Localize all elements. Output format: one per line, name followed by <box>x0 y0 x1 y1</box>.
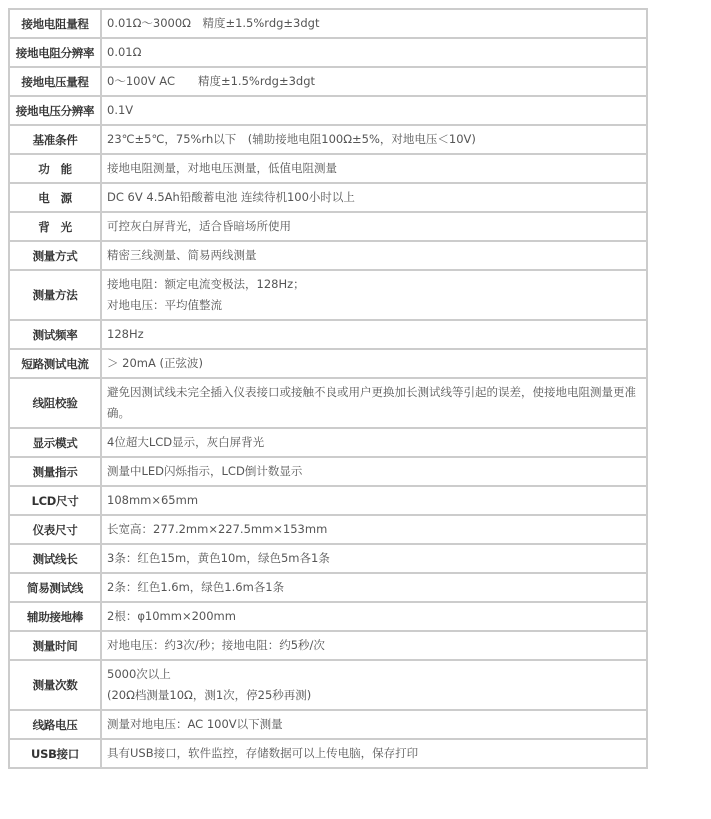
table-row: 短路测试电流 ＞ 20mA (正弦波) <box>9 349 647 378</box>
table-row: 线阻校验 避免因测试线未完全插入仪表接口或接触不良或用户更换加长测试线等引起的误… <box>9 378 647 428</box>
table-row: 接地电阻量程 0.01Ω～3000Ω 精度±1.5%rdg±3dgt <box>9 9 647 38</box>
table-row: 简易测试线 2条：红色1.6m，绿色1.6m各1条 <box>9 573 647 602</box>
row-label: 测量方式 <box>9 241 101 270</box>
row-label: LCD尺寸 <box>9 486 101 515</box>
table-row: LCD尺寸 108mm×65mm <box>9 486 647 515</box>
row-label: 接地电压分辨率 <box>9 96 101 125</box>
table-row: 测量时间 对地电压：约3次/秒；接地电阻：约5秒/次 <box>9 631 647 660</box>
row-label: 测量时间 <box>9 631 101 660</box>
table-row: 接地电压分辨率 0.1V <box>9 96 647 125</box>
row-value: 0.1V <box>101 96 647 125</box>
table-row: 辅助接地棒 2根：φ10mm×200mm <box>9 602 647 631</box>
table-row: 背 光 可控灰白屏背光，适合昏暗场所使用 <box>9 212 647 241</box>
value-line: 接地电阻：额定电流变极法，128Hz； <box>107 274 641 295</box>
row-value: 长宽高：277.2mm×227.5mm×153mm <box>101 515 647 544</box>
table-row: 测量次数 5000次以上 (20Ω档测量10Ω，测1次，停25秒再测) <box>9 660 647 710</box>
row-label: 接地电阻分辨率 <box>9 38 101 67</box>
table-row: 接地电阻分辨率 0.01Ω <box>9 38 647 67</box>
row-value: 2根：φ10mm×200mm <box>101 602 647 631</box>
row-value: 可控灰白屏背光，适合昏暗场所使用 <box>101 212 647 241</box>
row-value: 0～100V AC 精度±1.5%rdg±3dgt <box>101 67 647 96</box>
row-label: 线阻校验 <box>9 378 101 428</box>
row-label: 测量次数 <box>9 660 101 710</box>
row-value: 测量对地电压：AC 100V以下测量 <box>101 710 647 739</box>
row-label: USB接口 <box>9 739 101 768</box>
row-value: 对地电压：约3次/秒；接地电阻：约5秒/次 <box>101 631 647 660</box>
table-row: 电 源 DC 6V 4.5Ah铅酸蓄电池 连续待机100小时以上 <box>9 183 647 212</box>
row-value: 避免因测试线未完全插入仪表接口或接触不良或用户更换加长测试线等引起的误差，使接地… <box>101 378 647 428</box>
row-value: 接地电阻：额定电流变极法，128Hz； 对地电压：平均值整流 <box>101 270 647 320</box>
table-row: 测量指示 测量中LED闪烁指示，LCD倒计数显示 <box>9 457 647 486</box>
value-line: (20Ω档测量10Ω，测1次，停25秒再测) <box>107 685 641 706</box>
table-row: 基准条件 23℃±5℃，75%rh以下 (辅助接地电阻100Ω±5%，对地电压＜… <box>9 125 647 154</box>
row-label: 测量指示 <box>9 457 101 486</box>
row-label: 测试线长 <box>9 544 101 573</box>
row-value: 0.01Ω <box>101 38 647 67</box>
row-label: 测试频率 <box>9 320 101 349</box>
row-label: 短路测试电流 <box>9 349 101 378</box>
table-row: 仪表尺寸 长宽高：277.2mm×227.5mm×153mm <box>9 515 647 544</box>
row-value: 5000次以上 (20Ω档测量10Ω，测1次，停25秒再测) <box>101 660 647 710</box>
row-label: 线路电压 <box>9 710 101 739</box>
row-label: 显示模式 <box>9 428 101 457</box>
table-row: 线路电压 测量对地电压：AC 100V以下测量 <box>9 710 647 739</box>
row-value: 2条：红色1.6m，绿色1.6m各1条 <box>101 573 647 602</box>
row-value: 0.01Ω～3000Ω 精度±1.5%rdg±3dgt <box>101 9 647 38</box>
row-value: 测量中LED闪烁指示，LCD倒计数显示 <box>101 457 647 486</box>
table-row: 显示模式 4位超大LCD显示，灰白屏背光 <box>9 428 647 457</box>
table-row: 测量方式 精密三线测量、简易两线测量 <box>9 241 647 270</box>
row-value: 具有USB接口，软件监控，存储数据可以上传电脑，保存打印 <box>101 739 647 768</box>
row-value: 4位超大LCD显示，灰白屏背光 <box>101 428 647 457</box>
row-value: 128Hz <box>101 320 647 349</box>
row-value: 接地电阻测量，对地电压测量，低值电阻测量 <box>101 154 647 183</box>
row-value: 精密三线测量、简易两线测量 <box>101 241 647 270</box>
row-label: 仪表尺寸 <box>9 515 101 544</box>
value-line: 对地电压：平均值整流 <box>107 295 641 316</box>
row-value: DC 6V 4.5Ah铅酸蓄电池 连续待机100小时以上 <box>101 183 647 212</box>
row-value: ＞ 20mA (正弦波) <box>101 349 647 378</box>
row-label: 简易测试线 <box>9 573 101 602</box>
table-row: 测量方法 接地电阻：额定电流变极法，128Hz； 对地电压：平均值整流 <box>9 270 647 320</box>
row-label: 背 光 <box>9 212 101 241</box>
row-value: 3条：红色15m，黄色10m，绿色5m各1条 <box>101 544 647 573</box>
table-row: 接地电压量程 0～100V AC 精度±1.5%rdg±3dgt <box>9 67 647 96</box>
row-value: 23℃±5℃，75%rh以下 (辅助接地电阻100Ω±5%，对地电压＜10V) <box>101 125 647 154</box>
row-label: 接地电压量程 <box>9 67 101 96</box>
spec-table: 接地电阻量程 0.01Ω～3000Ω 精度±1.5%rdg±3dgt 接地电阻分… <box>8 8 648 769</box>
row-label: 测量方法 <box>9 270 101 320</box>
table-row: 功 能 接地电阻测量，对地电压测量，低值电阻测量 <box>9 154 647 183</box>
value-line: 5000次以上 <box>107 664 641 685</box>
row-label: 辅助接地棒 <box>9 602 101 631</box>
table-row: 测试频率 128Hz <box>9 320 647 349</box>
row-label: 接地电阻量程 <box>9 9 101 38</box>
row-value: 108mm×65mm <box>101 486 647 515</box>
table-row: 测试线长 3条：红色15m，黄色10m，绿色5m各1条 <box>9 544 647 573</box>
row-label: 电 源 <box>9 183 101 212</box>
table-row: USB接口 具有USB接口，软件监控，存储数据可以上传电脑，保存打印 <box>9 739 647 768</box>
row-label: 基准条件 <box>9 125 101 154</box>
row-label: 功 能 <box>9 154 101 183</box>
